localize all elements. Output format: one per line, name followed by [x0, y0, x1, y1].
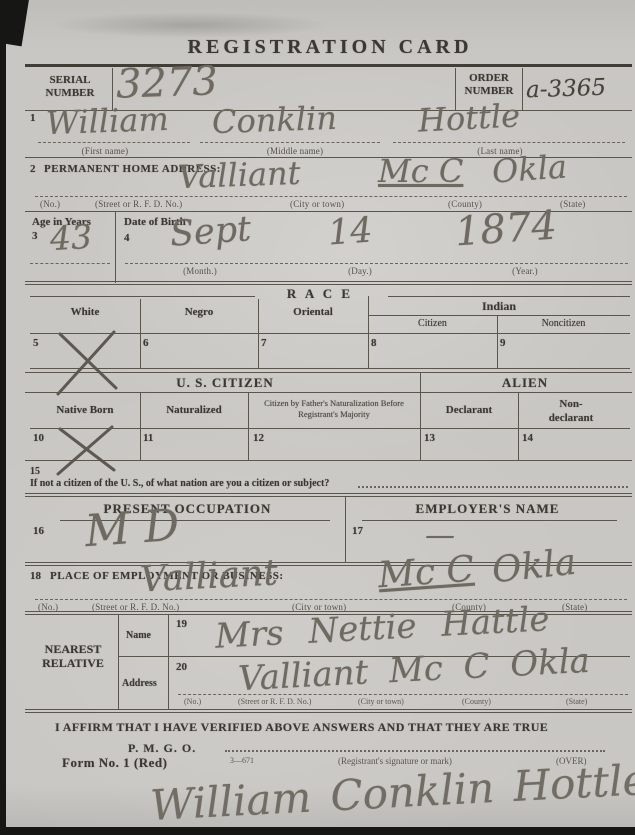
- birth-year-value: 1874: [454, 203, 559, 256]
- card-title: REGISTRATION CARD: [120, 36, 540, 59]
- birth-month-value: Sept: [169, 209, 253, 255]
- native-born-x-mark: [52, 424, 122, 476]
- home-address-county: Mc C: [378, 152, 463, 190]
- birth-line: [125, 263, 628, 264]
- race-rule-left: [30, 296, 255, 297]
- race-citizen-number: 8: [371, 337, 377, 349]
- signature-caption: (Registrant's signature or mark): [338, 756, 452, 766]
- birth-month-label: (Month.): [160, 266, 240, 276]
- dob-rule-a: [25, 281, 632, 282]
- race-oriental-label: Oriental: [258, 306, 368, 318]
- rel-rule-b: [25, 712, 632, 713]
- rel-rule-a: [25, 709, 632, 710]
- serial-number-label: SERIAL NUMBER: [30, 74, 110, 99]
- order-divider-right: [522, 68, 523, 110]
- first-name-value: William: [45, 100, 169, 142]
- home-address-sublabel-street: (Street or R. F. D. No.): [95, 199, 182, 209]
- naturalized-number: 11: [143, 432, 153, 444]
- dob-rule-b: [25, 284, 632, 285]
- race-noncitizen-number: 9: [500, 337, 506, 349]
- line18-number: 18: [30, 570, 41, 582]
- employer-value: —: [425, 518, 455, 553]
- home-address-sublabel-state: (State): [560, 199, 585, 209]
- q15-rule-b: [25, 496, 632, 497]
- nondeclarant-number: 14: [522, 432, 533, 444]
- line1-number: 1: [30, 112, 36, 124]
- home-address-sublabel-city: (City or town): [290, 199, 344, 209]
- relative-divider-2: [168, 614, 169, 710]
- occupation-header: PRESENT OCCUPATION: [30, 501, 345, 517]
- alien-header: ALIEN: [420, 375, 630, 391]
- relative-sublabel-county: (County): [462, 697, 491, 706]
- birth-day-label: (Day.): [330, 266, 390, 276]
- home-address-line: [35, 196, 627, 197]
- line19-number: 19: [176, 618, 187, 630]
- race-rule-right: [388, 296, 630, 297]
- relative-address-label: Address: [122, 678, 157, 689]
- citizen-col-divider-2: [248, 392, 249, 460]
- citizen-header-rule: [25, 392, 632, 393]
- native-born-label: Native Born: [30, 404, 140, 416]
- employer-header: EMPLOYER'S NAME: [345, 501, 630, 517]
- race-indian-label: Indian: [368, 299, 630, 314]
- line17-number: 17: [352, 525, 363, 537]
- line15-number: 15: [30, 466, 40, 477]
- declarant-label: Declarant: [420, 404, 518, 416]
- father-naturalization-number: 12: [253, 432, 264, 444]
- native-born-number: 10: [33, 432, 44, 444]
- home-address-state: Okla: [491, 147, 568, 190]
- race-oriental-number: 7: [261, 337, 267, 349]
- age-line: [30, 263, 110, 264]
- race-col-divider-4: [497, 315, 498, 368]
- relative-address-line: [178, 694, 628, 695]
- registrant-signature: William Conklin Hottle: [149, 755, 635, 830]
- declarant-number: 13: [424, 432, 435, 444]
- citizen-bottom-rule: [25, 460, 632, 461]
- nearest-relative-label: NEAREST RELATIVE: [30, 642, 116, 671]
- race-negro-number: 6: [143, 337, 149, 349]
- occupation-divider: [345, 496, 346, 562]
- nation-question-leader: [358, 486, 628, 488]
- order-number-label: ORDER NUMBER: [458, 72, 520, 97]
- us-citizen-header: U. S. CITIZEN: [30, 375, 420, 391]
- race-white-label: White: [30, 306, 140, 318]
- nondeclarant-label: Non-declarant: [540, 398, 602, 426]
- employment-place-city: Valliant: [139, 552, 279, 600]
- naturalized-label: Naturalized: [140, 404, 248, 416]
- citizen-col-divider-1: [140, 392, 141, 460]
- line2-number: 2: [30, 163, 36, 175]
- line16-number: 16: [33, 525, 44, 537]
- age-divider: [115, 211, 116, 283]
- first-name-label: (First name): [50, 146, 160, 156]
- pmgo-label: P. M. G. O.: [128, 741, 196, 756]
- relative-sublabel-state: (State): [566, 697, 587, 706]
- home-address-sublabel-no: (No.): [40, 199, 60, 209]
- relative-sublabel-city: (City or town): [358, 697, 404, 706]
- scan-left-edge: [0, 0, 6, 835]
- citizen-alien-divider: [420, 372, 421, 460]
- relative-sublabel-street: (Street or R. F. D. No.): [238, 697, 311, 706]
- registration-card-scan: REGISTRATION CARD SERIAL NUMBER 3273 ORD…: [0, 0, 635, 835]
- citizen-top-rule: [25, 372, 632, 373]
- print-code: 3—671: [230, 756, 254, 765]
- affirmation-text: I AFFIRM THAT I HAVE VERIFIED ABOVE ANSW…: [55, 720, 548, 735]
- birth-year-label: (Year.): [495, 266, 555, 276]
- order-number-value: a-3365: [526, 75, 607, 104]
- faint-smudge: [50, 12, 330, 38]
- relative-divider-1: [118, 614, 119, 710]
- first-name-line: [38, 142, 190, 143]
- age-value: 43: [49, 217, 93, 258]
- relative-name-label: Name: [126, 630, 151, 641]
- birth-day-value: 14: [327, 210, 374, 253]
- race-noncitizen-label: Noncitizen: [497, 318, 630, 329]
- line4-number: 4: [124, 232, 130, 244]
- middle-name-line: [200, 142, 380, 143]
- last-name-value: Hottle: [417, 96, 521, 139]
- race-citizen-label: Citizen: [368, 318, 497, 329]
- father-naturalization-label: Citizen by Father's Naturalization Befor…: [252, 398, 416, 420]
- employment-place-state: Okla: [490, 542, 578, 592]
- relative-sublabel-no: (No.): [184, 697, 201, 706]
- q15-rule-a: [25, 493, 632, 494]
- employment-place-county: Mc C: [377, 549, 476, 597]
- race-negro-label: Negro: [140, 306, 258, 318]
- occupation-value: M D: [83, 500, 181, 557]
- line20-number: 20: [176, 661, 187, 673]
- middle-name-value: Conklin: [211, 99, 337, 141]
- scan-corner-blob: [0, 0, 30, 46]
- line3-number: 3: [32, 230, 38, 242]
- race-col-divider-3: [368, 296, 369, 368]
- signature-leader: [225, 750, 605, 752]
- home-address-city: Valliant: [177, 154, 301, 196]
- race-bottom-rule: [30, 368, 630, 369]
- nation-question-text: If not a citizen of the U. S., of what n…: [30, 478, 329, 489]
- form-number-label: Form No. 1 (Red): [62, 755, 167, 771]
- scan-bottom-bar: [0, 827, 635, 835]
- indian-subrule: [368, 315, 630, 316]
- race-white-number: 5: [33, 337, 39, 349]
- employer-header-rule: [362, 520, 617, 521]
- citizen-col-divider-3: [518, 392, 519, 460]
- last-name-line: [393, 142, 625, 143]
